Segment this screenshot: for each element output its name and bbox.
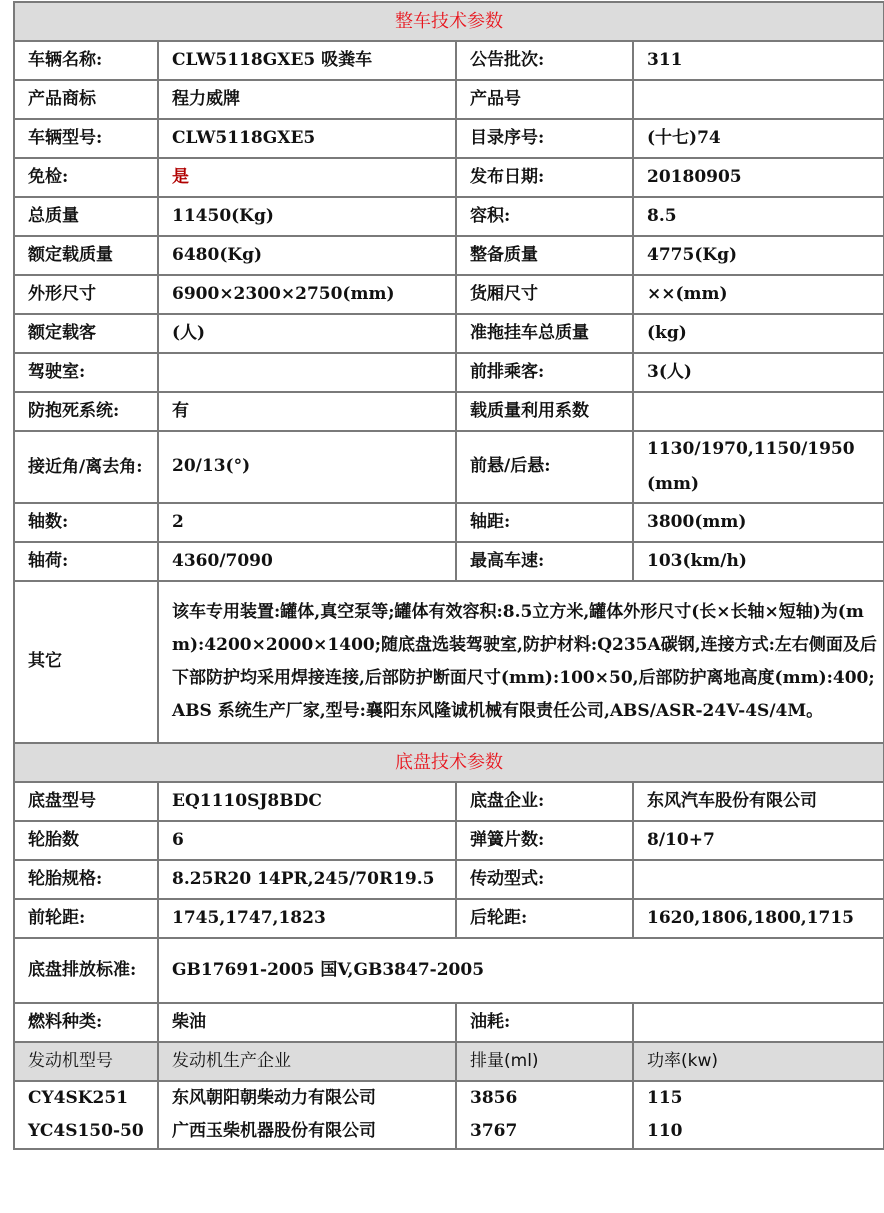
value: GB17691-2005 国V,GB3847-2005 <box>158 938 884 1003</box>
value: 3(人) <box>633 353 884 392</box>
value: 6480(Kg) <box>158 236 456 275</box>
value: 8.5 <box>633 197 884 236</box>
label: 弹簧片数: <box>456 821 633 860</box>
table-row: 前轮距: 1745,1747,1823 后轮距: 1620,1806,1800,… <box>14 899 884 938</box>
value: 程力威牌 <box>158 80 456 119</box>
table-row: 免检: 是 发布日期: 20180905 <box>14 158 884 197</box>
table-row: 车辆名称: CLW5118GXE5 吸粪车 公告批次: 311 <box>14 41 884 80</box>
engine-model: CY4SK251 <box>28 1082 157 1115</box>
label: 货厢尺寸 <box>456 275 633 314</box>
table-row: 底盘型号 EQ1110SJ8BDC 底盘企业: 东风汽车股份有限公司 <box>14 782 884 821</box>
label: 前轮距: <box>14 899 158 938</box>
engine-displacement: 3767 <box>470 1115 632 1148</box>
value: (人) <box>158 314 456 353</box>
value <box>633 392 884 431</box>
other-description: 该车专用装置:罐体,真空泵等;罐体有效容积:8.5立方米,罐体外形尺寸(长×长轴… <box>158 581 884 743</box>
table-row: 车辆型号: CLW5118GXE5 目录序号: (十七)74 <box>14 119 884 158</box>
engine-power: 115 <box>647 1082 883 1115</box>
table-row: 产品商标 程力威牌 产品号 <box>14 80 884 119</box>
label: 目录序号: <box>456 119 633 158</box>
value <box>633 1003 884 1042</box>
value: 6 <box>158 821 456 860</box>
table-row: 防抱死系统: 有 载质量利用系数 <box>14 392 884 431</box>
table-row: 额定载客 (人) 准拖挂车总质量 (kg) <box>14 314 884 353</box>
value: 柴油 <box>158 1003 456 1042</box>
engine-maker-cell: 东风朝阳朝柴动力有限公司 广西玉柴机器股份有限公司 <box>158 1081 456 1149</box>
value: 4360/7090 <box>158 542 456 581</box>
table-row-emission: 底盘排放标准: GB17691-2005 国V,GB3847-2005 <box>14 938 884 1003</box>
table-row: 接近角/离去角: 20/13(°) 前悬/后悬: 1130/1970,1150/… <box>14 431 884 503</box>
label: 其它 <box>14 581 158 743</box>
section-header-chassis: 底盘技术参数 <box>14 743 884 782</box>
label: 轴荷: <box>14 542 158 581</box>
column-header: 发动机型号 <box>14 1042 158 1081</box>
engine-power: 110 <box>647 1115 883 1148</box>
section-header-vehicle: 整车技术参数 <box>14 2 884 41</box>
label: 底盘排放标准: <box>14 938 158 1003</box>
label: 产品商标 <box>14 80 158 119</box>
label: 接近角/离去角: <box>14 431 158 503</box>
value: 2 <box>158 503 456 542</box>
table-row: 轴数: 2 轴距: 3800(mm) <box>14 503 884 542</box>
label: 防抱死系统: <box>14 392 158 431</box>
engine-power-cell: 115 110 <box>633 1081 884 1149</box>
exempt-value: 是 <box>158 158 456 197</box>
table-row: 轴荷: 4360/7090 最高车速: 103(km/h) <box>14 542 884 581</box>
value: 1620,1806,1800,1715 <box>633 899 884 938</box>
label: 车辆型号: <box>14 119 158 158</box>
value: 20/13(°) <box>158 431 456 503</box>
label: 准拖挂车总质量 <box>456 314 633 353</box>
table-row: 外形尺寸 6900×2300×2750(mm) 货厢尺寸 ××(mm) <box>14 275 884 314</box>
table-row: 轮胎规格: 8.25R20 14PR,245/70R19.5 传动型式: <box>14 860 884 899</box>
label: 驾驶室: <box>14 353 158 392</box>
label: 整备质量 <box>456 236 633 275</box>
label: 免检: <box>14 158 158 197</box>
section-title: 底盘技术参数 <box>14 743 884 782</box>
engine-model-cell: CY4SK251 YC4S150-50 <box>14 1081 158 1149</box>
label: 公告批次: <box>456 41 633 80</box>
label: 容积: <box>456 197 633 236</box>
value: 311 <box>633 41 884 80</box>
label: 燃料种类: <box>14 1003 158 1042</box>
label: 轴数: <box>14 503 158 542</box>
value: 3800(mm) <box>633 503 884 542</box>
label: 产品号 <box>456 80 633 119</box>
value <box>158 353 456 392</box>
label: 额定载客 <box>14 314 158 353</box>
table-row-other: 其它 该车专用装置:罐体,真空泵等;罐体有效容积:8.5立方米,罐体外形尺寸(长… <box>14 581 884 743</box>
value: 6900×2300×2750(mm) <box>158 275 456 314</box>
label: 轮胎规格: <box>14 860 158 899</box>
label: 前排乘客: <box>456 353 633 392</box>
table-row: 燃料种类: 柴油 油耗: <box>14 1003 884 1042</box>
value: 1745,1747,1823 <box>158 899 456 938</box>
value: CLW5118GXE5 吸粪车 <box>158 41 456 80</box>
value: (kg) <box>633 314 884 353</box>
label: 后轮距: <box>456 899 633 938</box>
label: 前悬/后悬: <box>456 431 633 503</box>
value: 8.25R20 14PR,245/70R19.5 <box>158 860 456 899</box>
value <box>633 860 884 899</box>
value: ××(mm) <box>633 275 884 314</box>
table-row: 总质量 11450(Kg) 容积: 8.5 <box>14 197 884 236</box>
value: (十七)74 <box>633 119 884 158</box>
value: 8/10+7 <box>633 821 884 860</box>
value: 东风汽车股份有限公司 <box>633 782 884 821</box>
engine-table-header: 发动机型号 发动机生产企业 排量(ml) 功率(kw) <box>14 1042 884 1081</box>
value: CLW5118GXE5 <box>158 119 456 158</box>
engine-displacement-cell: 3856 3767 <box>456 1081 633 1149</box>
label: 额定载质量 <box>14 236 158 275</box>
value: 11450(Kg) <box>158 197 456 236</box>
label: 油耗: <box>456 1003 633 1042</box>
column-header: 功率(kw) <box>633 1042 884 1081</box>
table-row: 额定载质量 6480(Kg) 整备质量 4775(Kg) <box>14 236 884 275</box>
engine-maker: 广西玉柴机器股份有限公司 <box>172 1115 455 1148</box>
label: 轮胎数 <box>14 821 158 860</box>
spec-table: 整车技术参数 车辆名称: CLW5118GXE5 吸粪车 公告批次: 311 产… <box>13 1 884 1150</box>
column-header: 排量(ml) <box>456 1042 633 1081</box>
section-title: 整车技术参数 <box>14 2 884 41</box>
engine-rows: CY4SK251 YC4S150-50 东风朝阳朝柴动力有限公司 广西玉柴机器股… <box>14 1081 884 1149</box>
label: 最高车速: <box>456 542 633 581</box>
label: 发布日期: <box>456 158 633 197</box>
engine-displacement: 3856 <box>470 1082 632 1115</box>
value: 20180905 <box>633 158 884 197</box>
table-row: 轮胎数 6 弹簧片数: 8/10+7 <box>14 821 884 860</box>
label: 底盘企业: <box>456 782 633 821</box>
value <box>633 80 884 119</box>
column-header: 发动机生产企业 <box>158 1042 456 1081</box>
engine-model: YC4S150-50 <box>28 1115 157 1148</box>
label: 载质量利用系数 <box>456 392 633 431</box>
label: 外形尺寸 <box>14 275 158 314</box>
value: 有 <box>158 392 456 431</box>
label: 底盘型号 <box>14 782 158 821</box>
label: 总质量 <box>14 197 158 236</box>
label: 轴距: <box>456 503 633 542</box>
label: 车辆名称: <box>14 41 158 80</box>
value: 103(km/h) <box>633 542 884 581</box>
value: EQ1110SJ8BDC <box>158 782 456 821</box>
label: 传动型式: <box>456 860 633 899</box>
value: 1130/1970,1150/1950(mm) <box>633 431 884 503</box>
value: 4775(Kg) <box>633 236 884 275</box>
engine-maker: 东风朝阳朝柴动力有限公司 <box>172 1082 455 1115</box>
table-row: 驾驶室: 前排乘客: 3(人) <box>14 353 884 392</box>
